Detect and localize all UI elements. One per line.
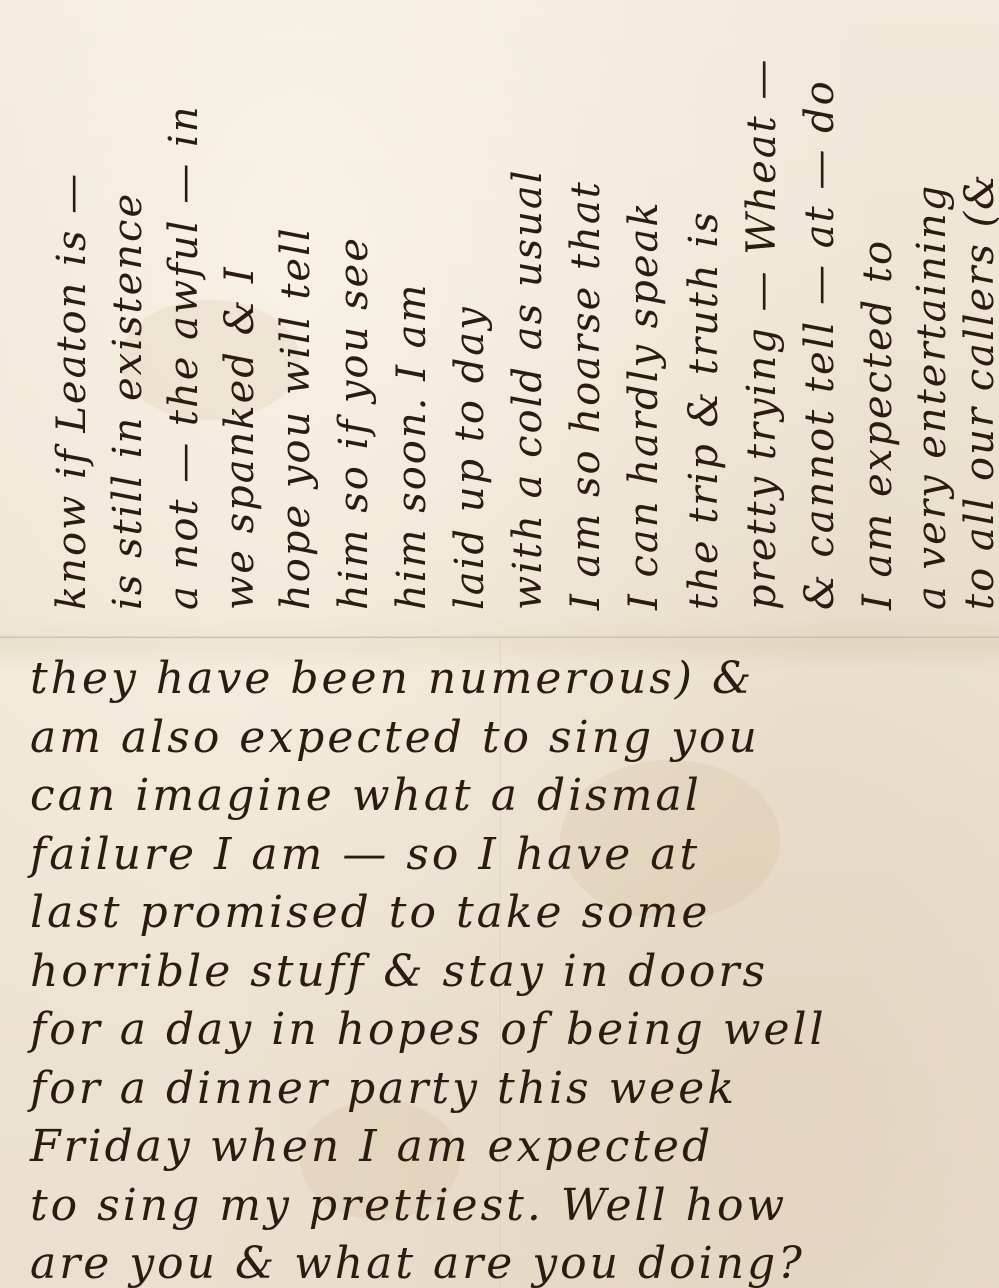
handwritten-line: a very entertaining bbox=[912, 184, 952, 610]
rotated-text-section: know if Leaton is — is still in existenc… bbox=[0, 0, 999, 630]
handwritten-line: is still in existence bbox=[108, 192, 148, 610]
handwritten-line: & cannot tell — at — do bbox=[800, 79, 840, 610]
handwritten-line: we spanked & I bbox=[220, 265, 260, 610]
handwritten-line: I am so hoarse that bbox=[566, 180, 606, 610]
handwritten-line: him soon. I am bbox=[392, 283, 432, 610]
paper-fold-horizontal bbox=[0, 636, 999, 639]
letter-page: know if Leaton is — is still in existenc… bbox=[0, 0, 999, 1288]
handwritten-line: I am expected to bbox=[858, 239, 898, 610]
handwritten-line: am also expected to sing you bbox=[30, 709, 980, 768]
handwritten-line: failure I am — so I have at bbox=[30, 826, 980, 885]
handwritten-line: him so if you see bbox=[334, 236, 374, 610]
handwritten-line: last promised to take some bbox=[30, 884, 980, 943]
handwritten-line: to sing my prettiest. Well how bbox=[30, 1177, 980, 1236]
handwritten-line: for a dinner party this week bbox=[30, 1060, 980, 1119]
handwritten-line: to all our callers (& bbox=[960, 172, 999, 610]
horizontal-text-section: they have been numerous) & am also expec… bbox=[30, 650, 980, 1288]
handwritten-line: can imagine what a dismal bbox=[30, 767, 980, 826]
handwritten-line: I can hardly speak bbox=[624, 200, 664, 610]
handwritten-line: Friday when I am expected bbox=[30, 1118, 980, 1177]
handwritten-line: hope you will tell bbox=[276, 226, 316, 610]
handwritten-line: know if Leaton is — bbox=[52, 172, 92, 610]
handwritten-line: laid up to day bbox=[450, 305, 490, 610]
handwritten-line: with a cold as usual bbox=[508, 168, 548, 610]
handwritten-line: the trip & truth is bbox=[684, 210, 724, 610]
handwritten-line: for a day in hopes of being well bbox=[30, 1001, 980, 1060]
handwritten-line: are you & what are you doing? bbox=[30, 1235, 980, 1288]
handwritten-line: a not — the awful — in bbox=[164, 104, 204, 610]
handwritten-line: pretty trying — Wheat — bbox=[742, 58, 782, 610]
handwritten-line: they have been numerous) & bbox=[30, 650, 980, 709]
handwritten-line: horrible stuff & stay in doors bbox=[30, 943, 980, 1002]
